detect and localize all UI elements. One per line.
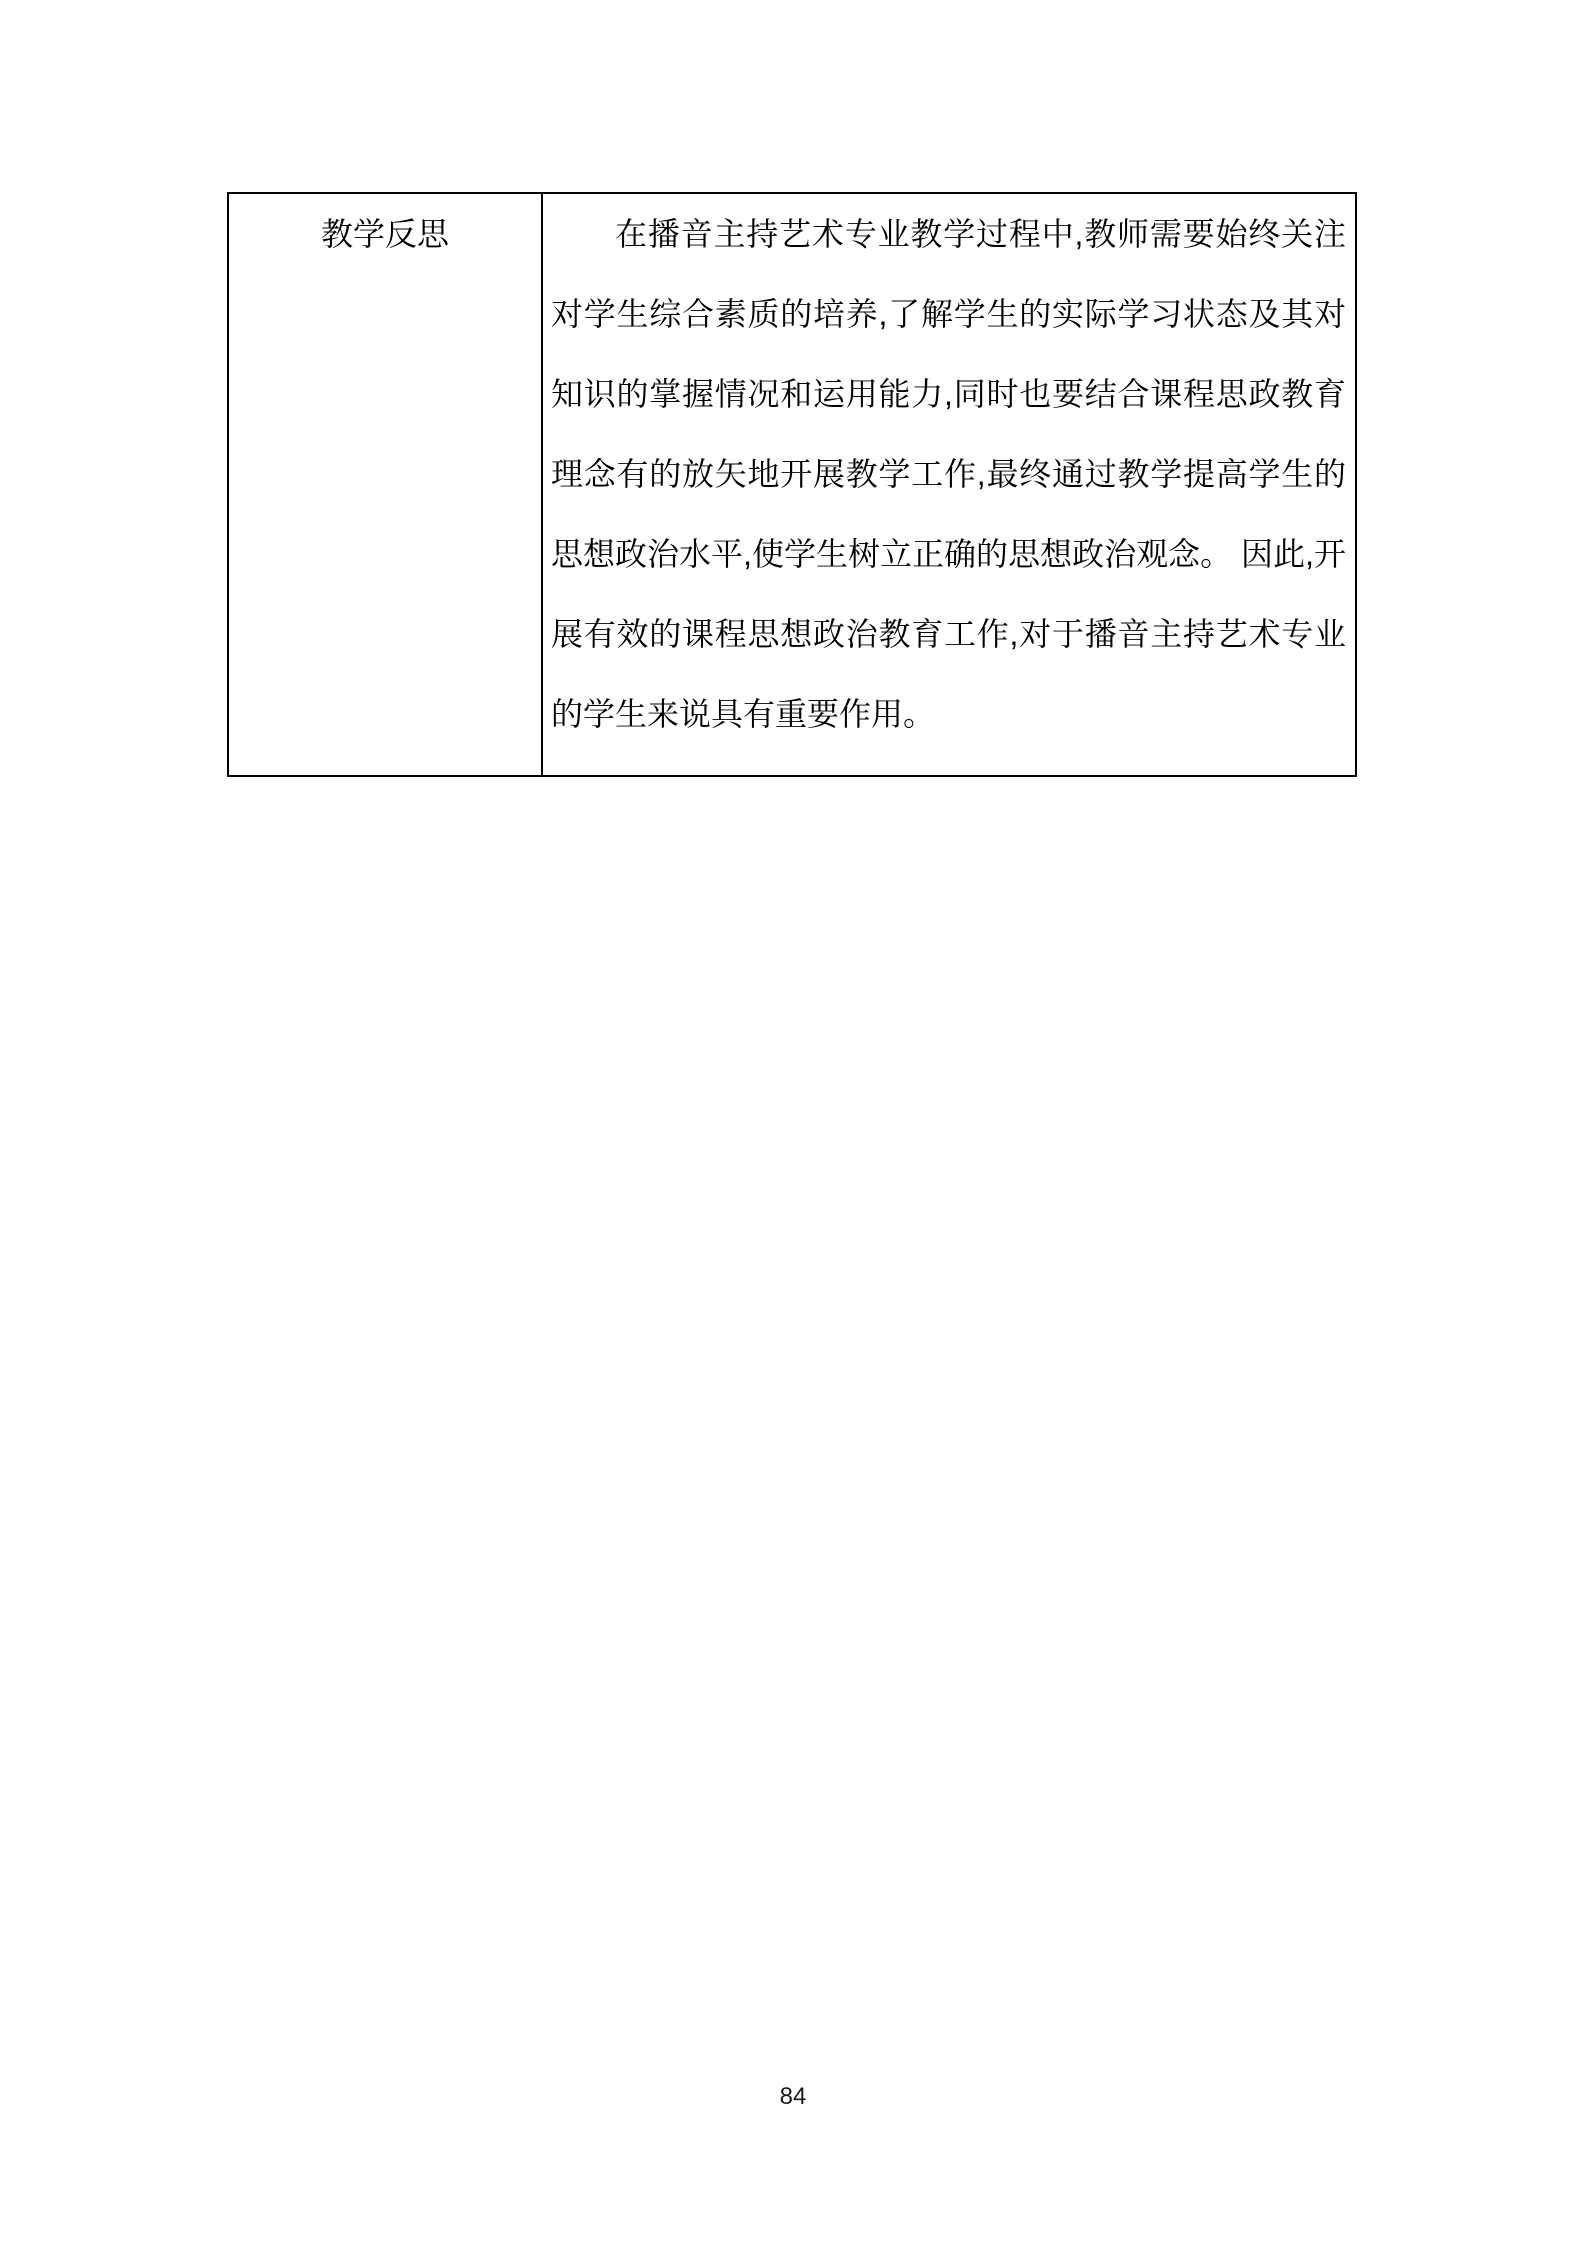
text-line: 知识的掌握情况和运用能力,同时也要结合课程思政教育	[551, 354, 1346, 434]
text-line: 在播音主持艺术专业教学过程中,教师需要始终关注	[551, 194, 1346, 274]
text-line: 对学生综合素质的培养,了解学生的实际学习状态及其对	[551, 274, 1346, 354]
document-page: 教学反思 在播音主持艺术专业教学过程中,教师需要始终关注 对学生综合素质的培养,…	[0, 0, 1586, 2245]
page-number: 84	[0, 2085, 1586, 2109]
reflection-label-cell: 教学反思	[229, 194, 543, 775]
text-line: 的学生来说具有重要作用。	[551, 674, 1346, 754]
text-line: 展有效的课程思想政治教育工作,对于播音主持艺术专业	[551, 594, 1346, 674]
reflection-label: 教学反思	[321, 216, 449, 252]
reflection-table: 教学反思 在播音主持艺术专业教学过程中,教师需要始终关注 对学生综合素质的培养,…	[227, 192, 1357, 777]
text-line: 思想政治水平,使学生树立正确的思想政治观念。 因此,开	[551, 514, 1346, 594]
text-line: 理念有的放矢地开展教学工作,最终通过教学提高学生的	[551, 434, 1346, 514]
reflection-content-cell: 在播音主持艺术专业教学过程中,教师需要始终关注 对学生综合素质的培养,了解学生的…	[543, 194, 1355, 775]
